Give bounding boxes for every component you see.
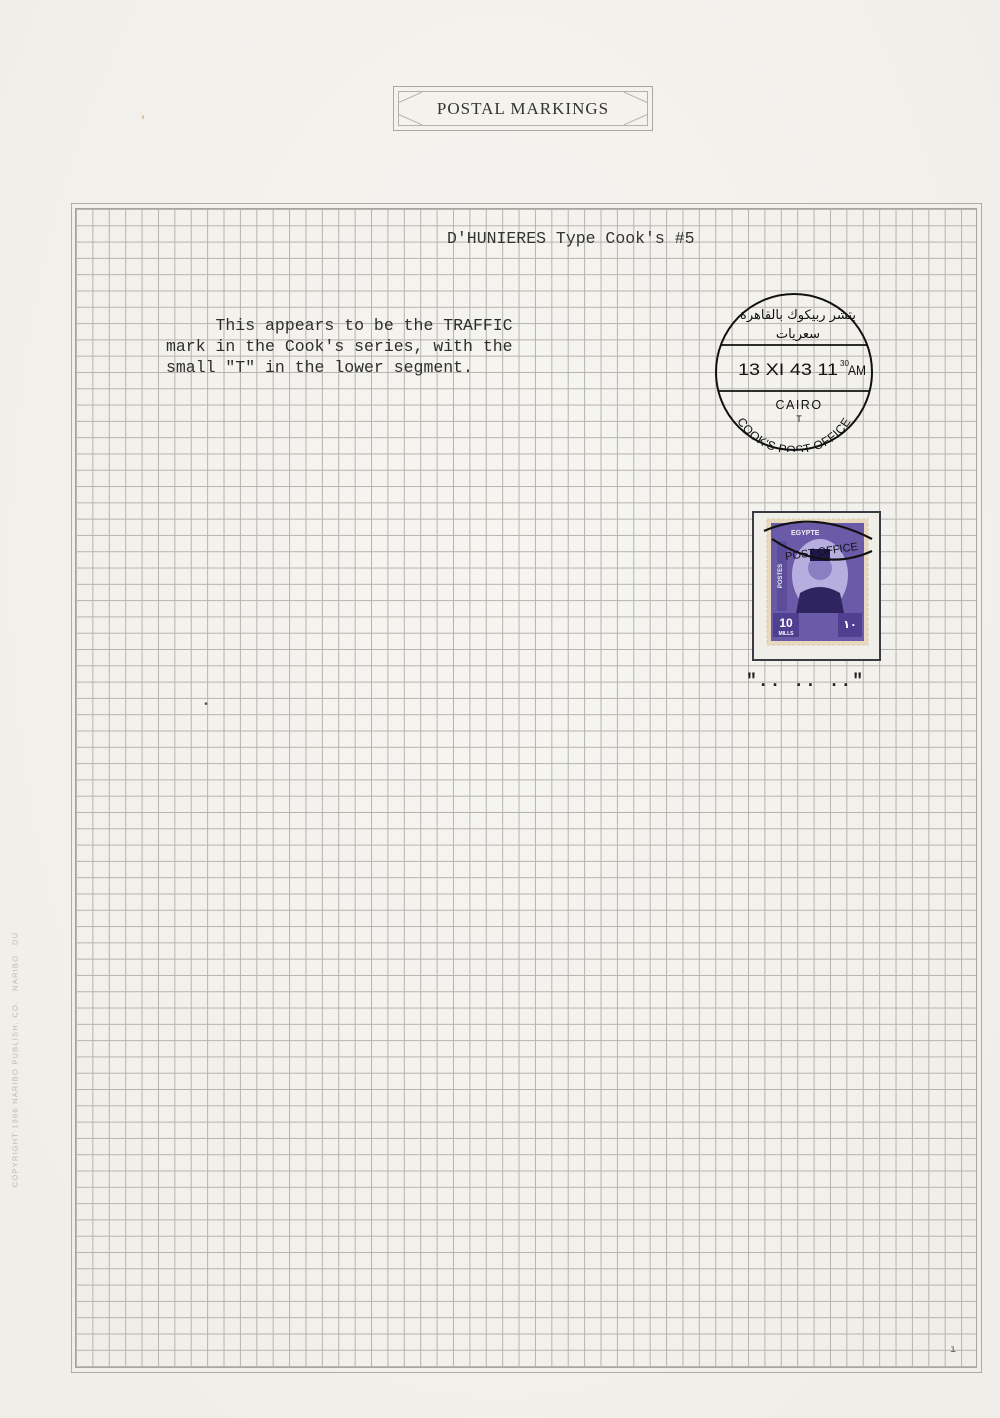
description-note: This appears to be the TRAFFICmark in th… <box>166 315 513 378</box>
copyright-imprint: COPYRIGHT 1966 NARIBO PUBLISH. CO. NARIB… <box>11 895 20 1225</box>
postmark-drawing: بتشر ربيكوك بالقاهرة سعريات 13 XI 43 11 … <box>714 292 874 452</box>
segment-letter: T <box>796 414 802 424</box>
arabic-line-1: بتشر ربيكوك بالقاهرة <box>740 308 856 323</box>
date-line: 13 XI 43 11 <box>738 360 838 379</box>
arabic-line-2: سعريات <box>776 327 820 342</box>
stamp-country: EGYPTE <box>791 530 820 537</box>
stamp-value: 10 <box>779 616 793 630</box>
note-line: mark in the Cook's series, with the <box>166 336 513 357</box>
note-line: small "T" in the lower segment. <box>166 357 513 378</box>
stamp-mount: POSTES EGYPTE 10 MILLS ١٠ POST OFFICE <box>752 511 881 661</box>
paper-speck: ' <box>140 116 146 127</box>
stamp-unit: MILLS <box>779 631 795 637</box>
stamp-image: POSTES EGYPTE 10 MILLS ١٠ POST OFFICE <box>754 513 879 659</box>
section-heading: D'HUNIERES Type Cook's #5 <box>447 229 695 248</box>
stamp-caption: ".. .. .." <box>746 672 864 692</box>
album-page: POSTAL MARKINGS D'HUNIERES Type Cook's #… <box>0 0 1000 1418</box>
city-name: CAIRO <box>775 398 822 412</box>
curved-office-text: COOK'S POST OFFICE <box>734 415 854 452</box>
page-title: POSTAL MARKINGS <box>394 99 652 119</box>
stamp-value-arabic: ١٠ <box>843 618 856 631</box>
pencil-mark: ı <box>950 1345 956 1356</box>
time-suffix: AM <box>848 362 866 378</box>
stamp-side-text: POSTES <box>778 564 784 588</box>
page-title-frame: POSTAL MARKINGS <box>393 86 653 131</box>
note-line: This appears to be the TRAFFIC <box>166 315 513 336</box>
paper-speck: • <box>203 700 209 711</box>
